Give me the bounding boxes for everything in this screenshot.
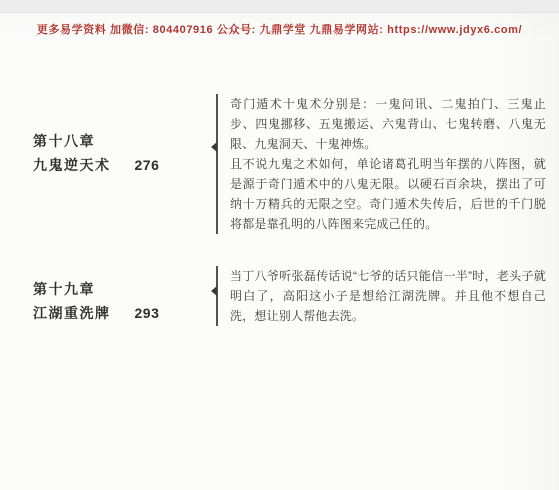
chapter-number: 第十九章 (33, 278, 203, 300)
excerpt-paragraph: 且不说九鬼之术如何，单论诸葛孔明当年摆的八阵图，就是源于奇门遁术中的八鬼无限。以… (230, 154, 546, 234)
callout-arrow-icon (211, 142, 217, 152)
excerpt-paragraph: 奇门遁术十鬼术分别是：一鬼问讯、二鬼拍门、三鬼止步、四鬼挪移、五鬼搬运、六鬼背山… (230, 94, 546, 154)
excerpt-block: 奇门遁术十鬼术分别是：一鬼问讯、二鬼拍门、三鬼止步、四鬼挪移、五鬼搬运、六鬼背山… (216, 94, 546, 234)
scan-top-edge (0, 0, 559, 13)
chapter-title: 九鬼逆天术 (33, 157, 111, 173)
excerpt-paragraph: 当丁八爷听张磊传话说“七爷的话只能信一半”时，老头子就明白了，高阳这小子是想给江… (230, 266, 546, 326)
chapter-entry: 第十八章 九鬼逆天术276 (33, 130, 203, 176)
chapter-title-row: 江湖重洗牌293 (33, 302, 203, 324)
chapter-page-number: 293 (135, 305, 160, 321)
chapter-entry: 第十九章 江湖重洗牌293 (33, 278, 203, 324)
promo-header-text: 更多易学资料 加微信: 804407916 公众号: 九鼎学堂 九鼎易学网站: … (0, 21, 559, 37)
chapter-page-number: 276 (135, 157, 160, 173)
chapter-title-row: 九鬼逆天术276 (33, 154, 203, 176)
scanned-book-page: 更多易学资料 加微信: 804407916 公众号: 九鼎学堂 九鼎易学网站: … (0, 0, 559, 490)
chapter-title: 江湖重洗牌 (33, 305, 111, 321)
callout-arrow-icon (211, 286, 217, 296)
chapter-number: 第十八章 (33, 130, 203, 152)
excerpt-block: 当丁八爷听张磊传话说“七爷的话只能信一半”时，老头子就明白了，高阳这小子是想给江… (216, 266, 546, 326)
